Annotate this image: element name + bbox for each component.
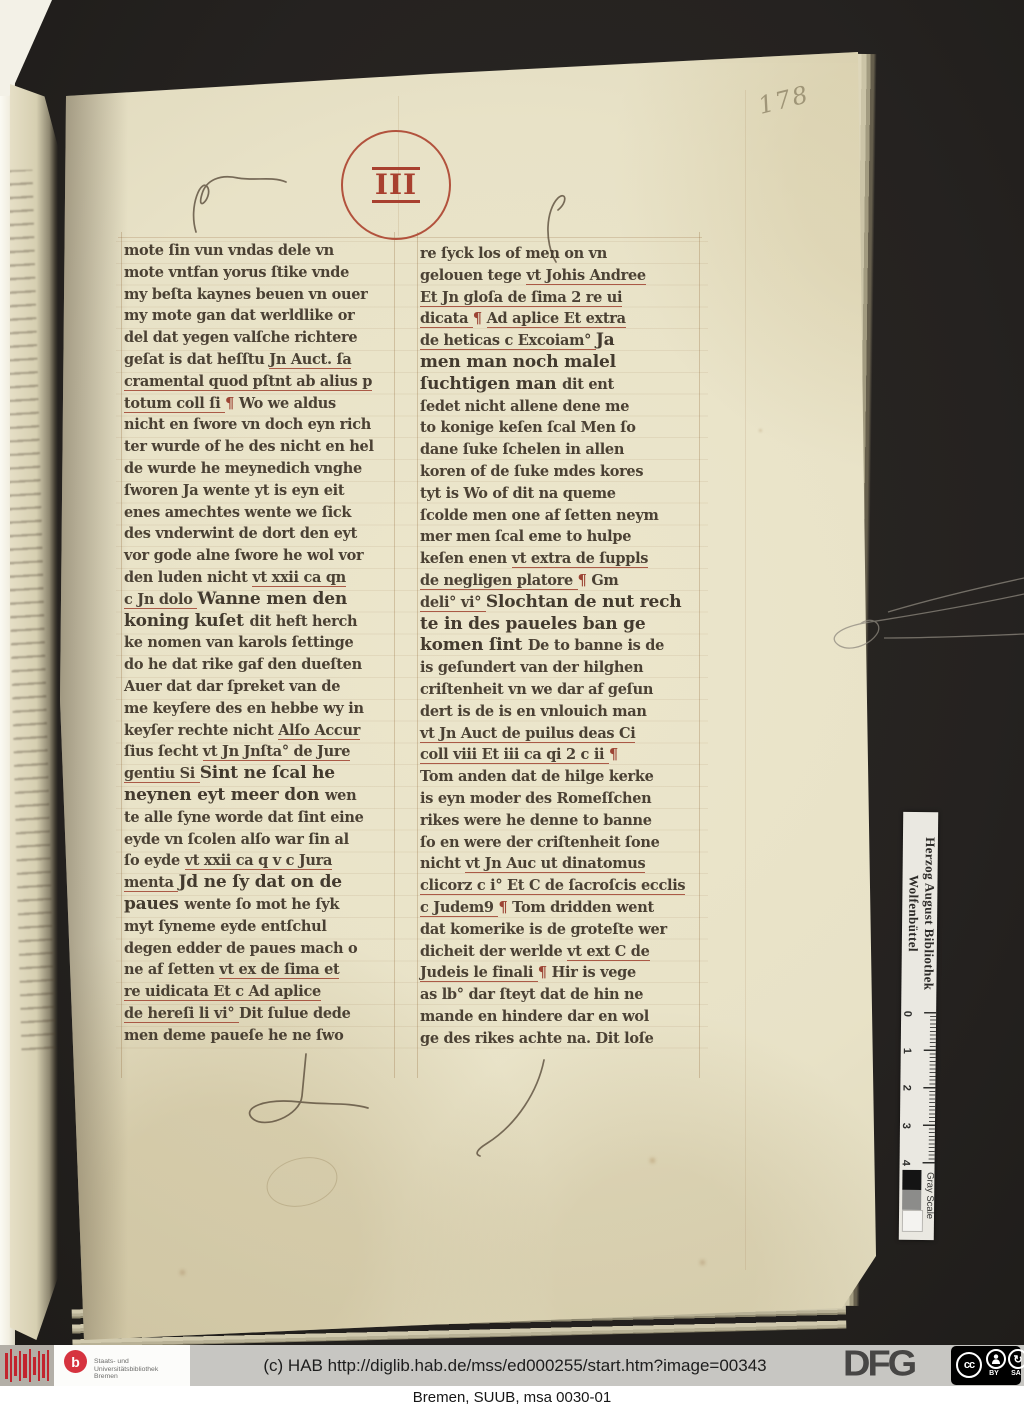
manuscript-line: ter wurde of he des nicht en hel (124, 436, 402, 458)
color-bar-icon (0, 1345, 54, 1386)
manuscript-line: totum coll ſi ¶ Wo we aldus (124, 393, 402, 415)
caption-text: Bremen, SUUB, msa 0030-01 (413, 1389, 611, 1406)
cc-sa-label: SA (1006, 1370, 1024, 1377)
ruling-line-vertical (121, 232, 122, 1078)
manuscript-line: re uidicata Et c Ad aplice (124, 981, 402, 1003)
manuscript-line: do he dat rike gaf den dueſten (124, 654, 402, 676)
folio-numeral: III (372, 167, 420, 203)
manuscript-line: koning kuſet dit heft herch (124, 611, 402, 633)
manuscript-line: dicata ¶ Ad aplice Et extra (420, 308, 706, 330)
wire-page-holder-icon (818, 572, 1024, 684)
manuscript-line: Tom anden dat de hilge kerke (420, 766, 706, 788)
manuscript-line: is geſundert van der hilghen (420, 657, 706, 679)
hab-library-label: Herzog August Bibliothek Wolfenbüttel (901, 816, 938, 1012)
manuscript-line: men deme paueſe he ne ſwo (124, 1025, 402, 1047)
cc-icon: cc (956, 1352, 982, 1378)
manuscript-line: c Judem9 ¶ Tom dridden went (420, 897, 706, 919)
gray-scale-target: Gray Scale (899, 1170, 935, 1236)
manuscript-line: ne af ſetten vt ex de ſima et (124, 959, 402, 981)
pen-flourish-icon (186, 168, 290, 242)
bremen-library-logo: b Staats- und Universitätsbibliothek Bre… (54, 1345, 190, 1386)
manuscript-line: c Jn dolo Wanne men den (124, 589, 402, 611)
ruler-number: 2 (900, 1085, 912, 1091)
manuscript-line: clicorz c i° Et C de ſacroſcis ecclis (420, 875, 706, 897)
manuscript-line: my mote gan dat werldlike or (124, 305, 402, 327)
manuscript-line: is eyn moder des Romeſſchen (420, 788, 706, 810)
ruler-number: 3 (900, 1123, 912, 1129)
manuscript-line: as lb° dar ſteyt dat de hin ne (420, 984, 706, 1006)
digitized-manuscript-photo: 178 III mote ſin vun vndas dele vnmote v… (0, 0, 1024, 1409)
manuscript-line: ke nomen van karols ſettinge (124, 632, 402, 654)
manuscript-line: re ſyck los of men on vn (420, 243, 706, 265)
gray-scale-black-patch (902, 1170, 921, 1190)
copyright-url-text: (c) HAB http://diglib.hab.de/mss/ed00025… (190, 1345, 840, 1386)
ruler-number: 0 (901, 1011, 913, 1017)
manuscript-line: te alle ſyne worde dat ſint eine (124, 807, 402, 829)
manuscript-line: ſcolde men one af ſetten neym (420, 505, 706, 527)
manuscript-column-left: mote ſin vun vndas dele vnmote vntfan yo… (124, 240, 402, 1046)
manuscript-line: ſo en were der criſtenheit ſone (420, 832, 706, 854)
manuscript-line: keyſer rechte nicht Alſo Accur (124, 720, 402, 742)
manuscript-line: mande en hindere dar en wol (420, 1006, 706, 1028)
manuscript-line: ge des rikes achte na. Dit loſe (420, 1028, 706, 1050)
ruler-number: 4 (900, 1160, 912, 1166)
manuscript-line: keſen enen vt extra de ſuppls (420, 548, 706, 570)
pen-flourish-icon (240, 1052, 374, 1144)
ruling-line-vertical (745, 90, 746, 1270)
manuscript-line: coll viii Et iii ca qi 2 c ii ¶ (420, 744, 706, 766)
manuscript-line: my beſta kaynes beuen vn ouer (124, 284, 402, 306)
manuscript-line: geſat is dat heſſtu Jn Auct. ſa (124, 349, 402, 371)
cc-by-person-icon (986, 1349, 1006, 1369)
bremen-text-line3: Bremen (94, 1373, 158, 1381)
manuscript-line: koren of de ſuke mdes kores (420, 461, 706, 483)
pencil-page-number: 178 (755, 80, 812, 120)
hab-color-target-strip: Herzog August Bibliothek Wolfenbüttel 0 … (899, 812, 938, 1240)
ruler-number: 1 (901, 1048, 913, 1054)
manuscript-line: myt ſyneme eyde entſchul (124, 916, 402, 938)
ruler-major-ticks (923, 1012, 937, 1164)
manuscript-line: menta Jd ne ſy dat on de (124, 872, 402, 894)
manuscript-line: mer men ſcal eme to hulpe (420, 526, 706, 548)
manuscript-line: criſtenheit vn we dar af geſun (420, 679, 706, 701)
manuscript-line: dert is de is en vnlouich man (420, 701, 706, 723)
manuscript-line: de negligen platore ¶ Gm (420, 570, 706, 592)
cc-by-label: BY (984, 1370, 1004, 1377)
stain-oval (261, 1150, 342, 1214)
manuscript-line: paues wente ſo mot he ſyk (124, 894, 402, 916)
book-corner-edge (0, 0, 52, 96)
manuscript-line: de heticas c Excoiam° Ja (420, 330, 706, 352)
manuscript-line: nicht en ſwore vn doch eyn rich (124, 414, 402, 436)
manuscript-line: de hereſi li vi° Dit ſulue dede (124, 1003, 402, 1025)
manuscript-line: deli° vi° Slochtan de nut rech (420, 592, 706, 614)
ruling-line-vertical (417, 232, 418, 1078)
dfg-logo: DFG (843, 1345, 914, 1384)
folio-number-circle: III (341, 130, 451, 240)
pen-flourish-icon (470, 1058, 582, 1160)
facing-page-sliver (10, 84, 58, 1340)
manuscript-line: vt Jn Auct de puilus deas Ci (420, 723, 706, 745)
manuscript-line: cramental quod pſtnt ab alius p (124, 371, 402, 393)
cc-license-badge: cc ↻ BY SA (951, 1346, 1021, 1385)
manuscript-line: gentiu Si Sint ne ſcal he (124, 763, 402, 785)
manuscript-line: Auer dat dar ſpreket van de (124, 676, 402, 698)
manuscript-line: men man noch malel (420, 352, 706, 374)
manuscript-line: den luden nicht vt xxii ca qn (124, 567, 402, 589)
manuscript-line: dicheit der werlde vt ext C de (420, 941, 706, 963)
manuscript-line: ſius ſecht vt Jn Jnſta° de Jure (124, 741, 402, 763)
hab-label-line1: Herzog August Bibliothek (921, 837, 938, 990)
bremen-text-line1: Staats- und (94, 1358, 158, 1366)
color-bar-logo-plate (0, 1345, 54, 1386)
manuscript-line: mote vntfan yorus ſtike vnde (124, 262, 402, 284)
manuscript-line: komen ſint De to banne is de (420, 635, 706, 657)
manuscript-line: vor gode alne ſwore he wol vor (124, 545, 402, 567)
manuscript-line: mote ſin vun vndas dele vn (124, 240, 402, 262)
gray-scale-gray-patch (902, 1190, 921, 1210)
manuscript-line: ſo eyde vt xxii ca q v c Jura (124, 850, 402, 872)
manuscript-line: tyt is Wo of dit na queme (420, 483, 706, 505)
gray-scale-white-patch (902, 1210, 923, 1232)
hab-ruler: 0 1 2 3 4 (900, 1012, 937, 1168)
manuscript-line: nicht vt Jn Auc ut dinatomus (420, 853, 706, 875)
manuscript-line: te in des paueles ban ge (420, 614, 706, 636)
cc-sa-arrow-icon: ↻ (1008, 1349, 1024, 1369)
manuscript-line: rikes were he denne to banne (420, 810, 706, 832)
manuscript-line: eyde vn ſcolen alſo war ſin al (124, 829, 402, 851)
hab-label-line2: Wolfenbüttel (906, 875, 922, 952)
manuscript-line: me keyſere des en hebbe wy in (124, 698, 402, 720)
bremen-text-line2: Universitätsbibliothek (94, 1366, 158, 1374)
manuscript-column-right: re ſyck los of men on vngelouen tege vt … (420, 243, 706, 1049)
manuscript-line: ſworen Ja wente yt is eyn eit (124, 480, 402, 502)
manuscript-line: des vnderwint de dort den eyt (124, 523, 402, 545)
gray-scale-label: Gray Scale (924, 1172, 935, 1219)
manuscript-line: dane ſuke ſchelen in allen (420, 439, 706, 461)
manuscript-line: ſedet nicht allene dene me (420, 396, 706, 418)
manuscript-line: del dat yegen valſche richtere (124, 327, 402, 349)
bremen-logo-circle: b (64, 1350, 87, 1373)
manuscript-line: neynen eyt meer don wen (124, 785, 402, 807)
manuscript-line: degen edder de paues mach o (124, 938, 402, 960)
manuscript-line: Judeis le finali ¶ Hir is vege (420, 962, 706, 984)
manuscript-line: enes amechtes wente we ſick (124, 502, 402, 524)
manuscript-line: Et Jn gloſa de ſima 2 re ui (420, 287, 706, 309)
manuscript-line: gelouen tege vt Johis Andree (420, 265, 706, 287)
manuscript-line: dat komerike is de groteſte wer (420, 919, 706, 941)
manuscript-line: de wurde he meynedich vnghe (124, 458, 402, 480)
caption-strip: Bremen, SUUB, msa 0030-01 (0, 1386, 1024, 1409)
bremen-logo-text: Staats- und Universitätsbibliothek Breme… (94, 1358, 158, 1381)
manuscript-line: to konige keſen ſcal Men ſo (420, 417, 706, 439)
manuscript-line: ſuchtigen man dit ent (420, 374, 706, 396)
